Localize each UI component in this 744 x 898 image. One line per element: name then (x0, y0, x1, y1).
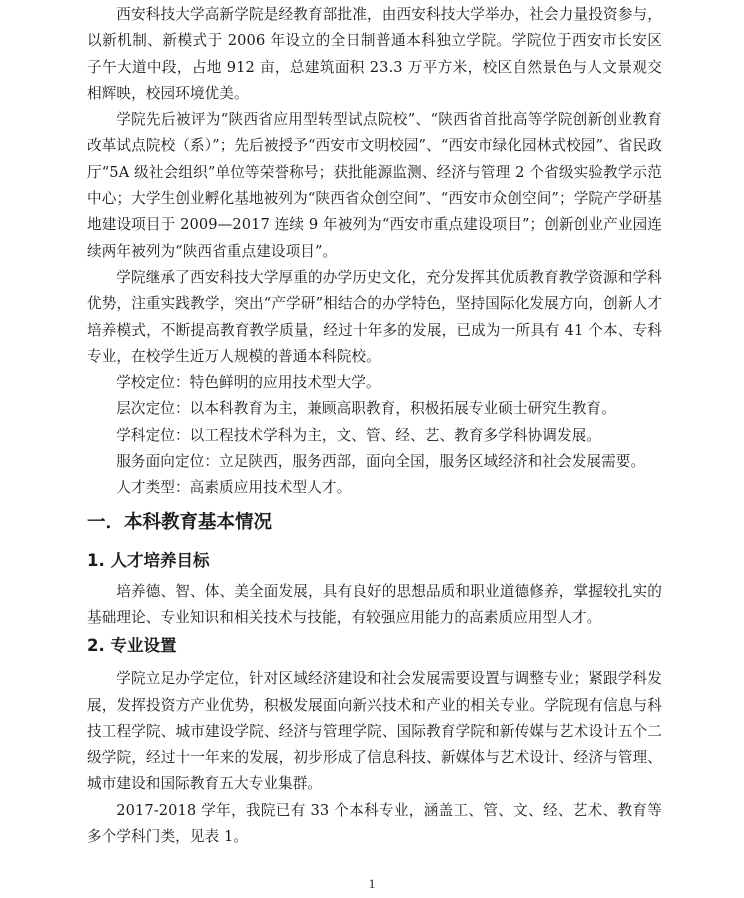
subsection-heading: 1. 人才培养目标 (87, 550, 662, 572)
major-setup-paragraph: 学院立足办学定位，针对区域经济建设和社会发展需要设置与调整专业；紧跟学科发展，发… (87, 666, 662, 797)
positioning-discipline: 学科定位：以工程技术学科为主，文、管、经、艺、教育多学科协调发展。 (87, 423, 662, 449)
positioning-school: 学校定位：特色鲜明的应用技术型大学。 (87, 370, 662, 396)
positioning-level: 层次定位：以本科教育为主，兼顾高职教育，积极拓展专业硕士研究生教育。 (87, 396, 662, 422)
training-goal-paragraph: 培养德、智、体、美全面发展，具有良好的思想品质和职业道德修养，掌握较扎实的基础理… (87, 579, 662, 632)
page-number: 1 (0, 876, 744, 892)
positioning-talent-type: 人才类型：高素质应用技术型人才。 (87, 475, 662, 501)
intro-paragraph: 学院继承了西安科技大学厚重的办学历史文化，充分发挥其优质教育教学资源和学科优势，… (87, 265, 662, 370)
section-heading: 一．本科教育基本情况 (87, 511, 662, 541)
document-page: 西安科技大学高新学院是经教育部批准，由西安科技大学举办，社会力量投资参与，以新机… (87, 2, 662, 850)
subsection-heading: 2. 专业设置 (87, 635, 662, 657)
intro-paragraph: 西安科技大学高新学院是经教育部批准，由西安科技大学举办，社会力量投资参与，以新机… (87, 2, 662, 107)
intro-paragraph: 学院先后被评为“陕西省应用型转型试点院校”、“陕西省首批高等学院创新创业教育改革… (87, 107, 662, 265)
major-count-paragraph: 2017-2018 学年，我院已有 33 个本科专业，涵盖工、管、文、经、艺术、… (87, 798, 662, 851)
positioning-service: 服务面向定位：立足陕西，服务西部，面向全国，服务区域经济和社会发展需要。 (87, 449, 662, 475)
